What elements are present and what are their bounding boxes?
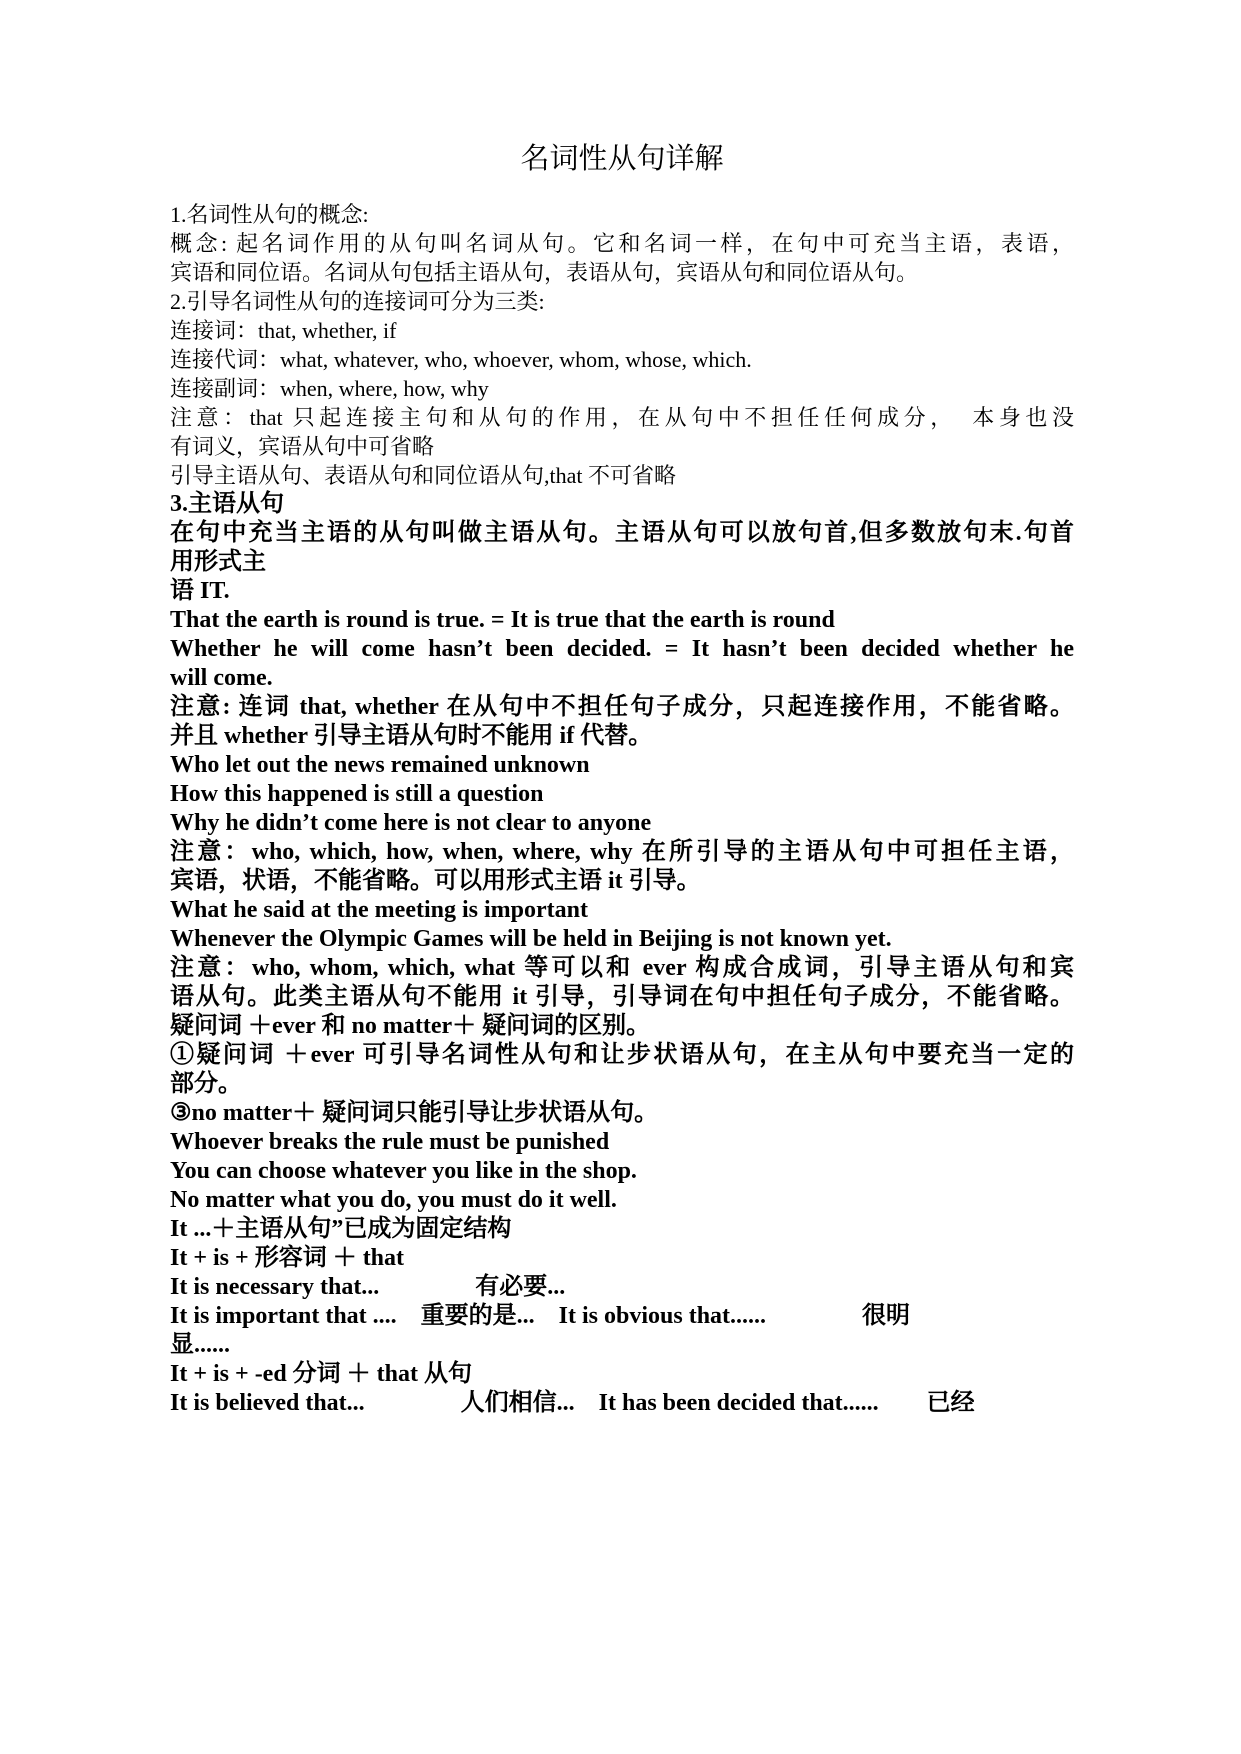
text-line: 连接副词：when, where, how, why [170,374,1074,403]
text-line: 引导主语从句、表语从句和同位语从句,that 不可省略 [170,461,1074,490]
text-line: 1.名词性从句的概念: [170,200,1074,229]
text-line: What he said at the meeting is important [170,896,1074,925]
text-line: 连接词：that, whether, if [170,316,1074,345]
text-line: 在句中充当主语的从句叫做主语从句。主语从句可以放句首,但多数放句末.句首 [170,519,1074,548]
text-line: 概念: 起名词作用的从句叫名词从句。它和名词一样，在句中可充当主语，表语， [170,229,1074,258]
text-line: It is necessary that... 有必要... [170,1273,1074,1302]
text-line: It is believed that... 人们相信... It has be… [170,1389,1074,1418]
text-line: 用形式主 [170,548,1074,577]
text-line: That the earth is round is true. = It is… [170,606,1074,635]
text-line: will come. [170,664,1074,693]
text-line: Who let out the news remained unknown [170,751,1074,780]
text-line: 注意：that 只起连接主句和从句的作用，在从句中不担任任何成分， 本身也没 [170,403,1074,432]
text-line: 3.主语从句 [170,490,1074,519]
text-line: 2.引导名词性从句的连接词可分为三类: [170,287,1074,316]
text-line: 语从句。此类主语从句不能用 it 引导，引导词在句中担任句子成分，不能省略。 [170,983,1074,1012]
text-line: 疑问词 ＋ever 和 no matter＋ 疑问词的区别。 [170,1012,1074,1041]
text-line: Whenever the Olympic Games will be held … [170,925,1074,954]
text-line: You can choose whatever you like in the … [170,1157,1074,1186]
text-line: 有词义，宾语从句中可省略 [170,432,1074,461]
text-line: It ...＋主语从句”已成为固定结构 [170,1215,1074,1244]
text-line: Whether he will come hasn’t been decided… [170,635,1074,664]
text-line: 注意：who, whom, which, what 等可以和 ever 构成合成… [170,954,1074,983]
text-line: 部分。 [170,1070,1074,1099]
text-line: 语 IT. [170,577,1074,606]
text-line: 注意: 连词 that, whether 在从句中不担任句子成分，只起连接作用，… [170,693,1074,722]
text-line: How this happened is still a question [170,780,1074,809]
text-line: 连接代词：what, whatever, who, whoever, whom,… [170,345,1074,374]
text-line: ③no matter＋ 疑问词只能引导让步状语从句。 [170,1099,1074,1128]
text-line: It + is + 形容词 ＋ that [170,1244,1074,1273]
text-line: Whoever breaks the rule must be punished [170,1128,1074,1157]
text-line: No matter what you do, you must do it we… [170,1186,1074,1215]
document-body: 1.名词性从句的概念:概念: 起名词作用的从句叫名词从句。它和名词一样，在句中可… [170,200,1074,1418]
text-line: It is important that .... 重要的是... It is … [170,1302,1074,1331]
text-line: 并且 whether 引导主语从句时不能用 if 代替。 [170,722,1074,751]
text-line: It + is + -ed 分词 ＋ that 从句 [170,1360,1074,1389]
document-title: 名词性从句详解 [170,139,1074,179]
document-content: 名词性从句详解 1.名词性从句的概念:概念: 起名词作用的从句叫名词从句。它和名… [170,139,1074,1418]
text-line: 注意：who, which, how, when, where, why 在所引… [170,838,1074,867]
text-line: 宾语和同位语。名词从句包括主语从句，表语从句，宾语从句和同位语从句。 [170,258,1074,287]
text-line: 宾语，状语，不能省略。可以用形式主语 it 引导。 [170,867,1074,896]
text-line: ①疑问词 ＋ever 可引导名词性从句和让步状语从句，在主从句中要充当一定的 [170,1041,1074,1070]
text-line: Why he didn’t come here is not clear to … [170,809,1074,838]
text-line: 显...... [170,1331,1074,1360]
document-page: 名词性从句详解 1.名词性从句的概念:概念: 起名词作用的从句叫名词从句。它和名… [0,0,1241,1754]
